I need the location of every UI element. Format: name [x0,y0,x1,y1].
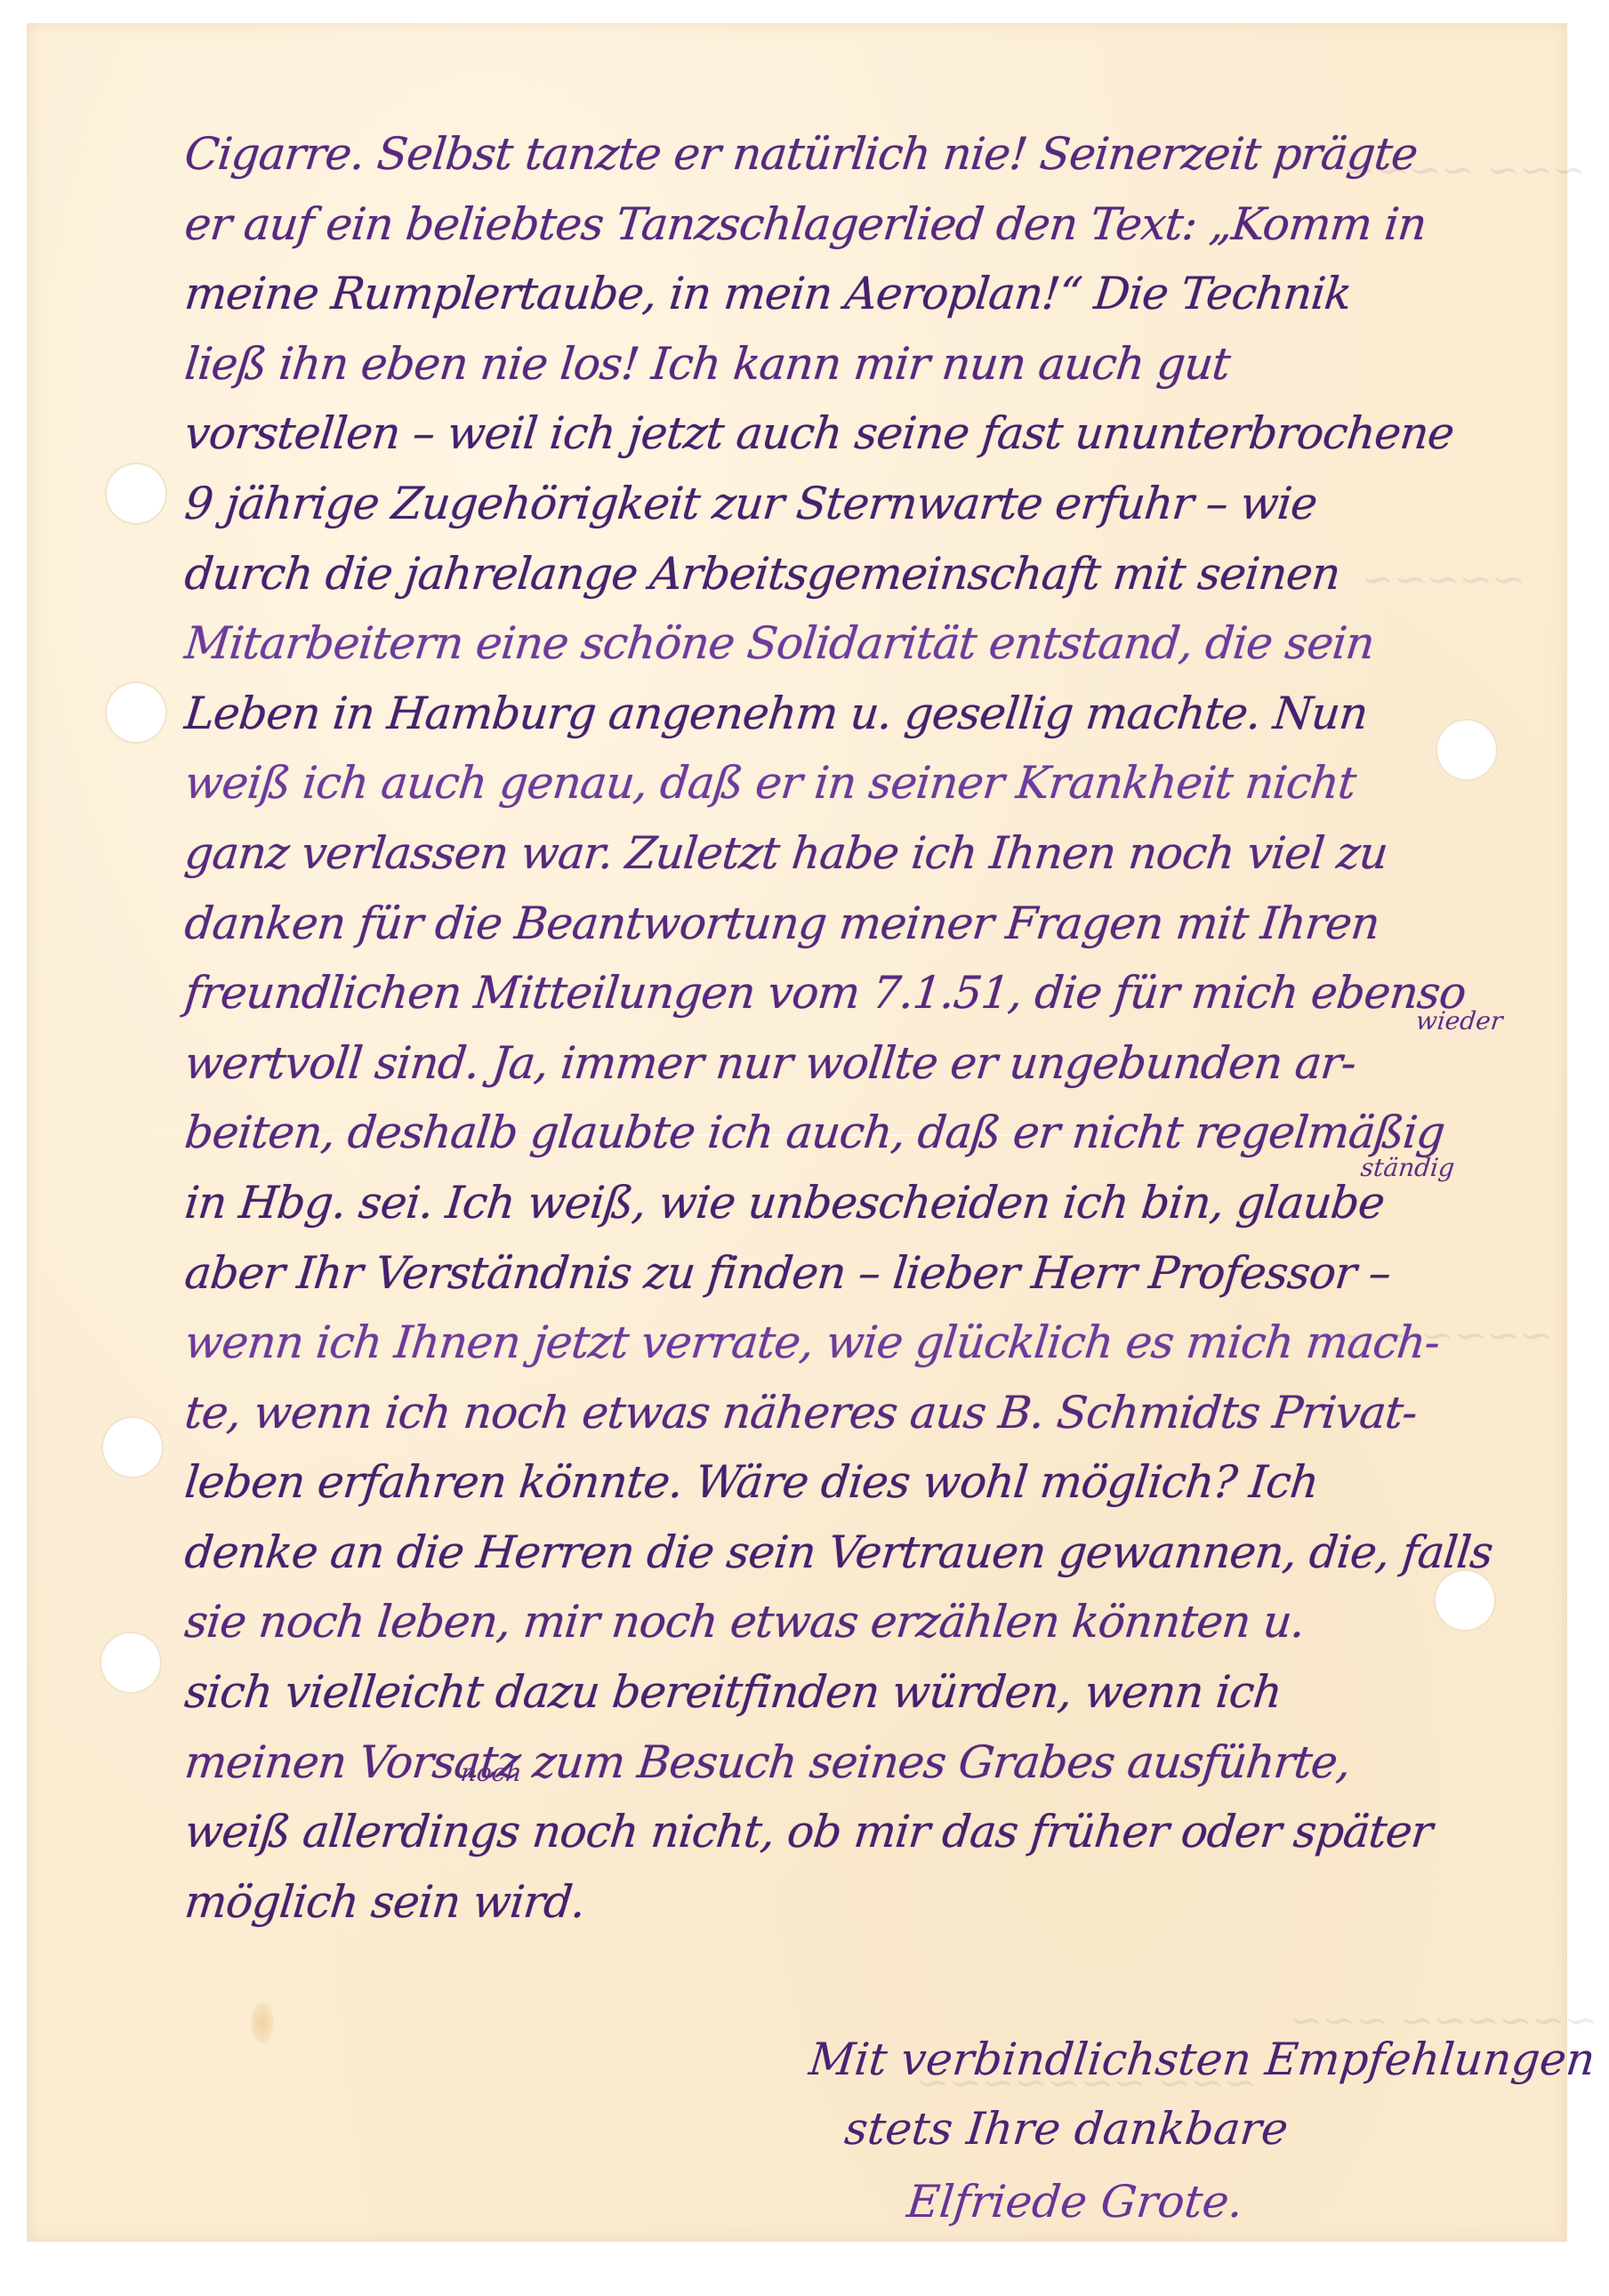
text-line: Mitarbeitern eine schöne Solidarität ent… [181,608,1576,679]
text-line: weiß ich auch genau, daß er in seiner Kr… [181,748,1576,818]
text-line: sich vielleicht dazu bereitfinden würden… [181,1657,1576,1728]
text-line: er auf ein beliebtes Tanzschlagerlied de… [181,189,1576,260]
text-line: aber Ihr Verständnis zu finden – lieber … [181,1238,1576,1309]
text-line: ließ ihn eben nie los! Ich kann mir nun … [181,329,1576,399]
text-line: leben erfahren könnte. Wäre dies wohl mö… [181,1447,1576,1518]
closing-salutation: Mit verbindlichsten Empfehlungen [807,2034,1597,2085]
text-line: 9 jährige Zugehörigkeit zur Sternwarte e… [181,469,1576,539]
text-line: wenn ich Ihnen jetzt verrate, wie glückl… [181,1308,1576,1378]
text-line: denke an die Herren die sein Vertrauen g… [181,1518,1576,1588]
text-line: danken für die Beantwortung meiner Frage… [181,889,1576,959]
text-line: Cigarre. Selbst tanzte er natürlich nie!… [181,119,1576,189]
text-line: sie noch leben, mir noch etwas erzählen … [181,1587,1576,1657]
letter-page: ~~~ ~~~~ ~~~~~ ~~~~ ~~ ~~~~~~ ~~~ ~~~ ~~… [27,23,1567,2242]
text-line: vorstellen – weil ich jetzt auch seine f… [181,399,1576,469]
text-line: möglich sein wird. [181,1867,1576,1938]
text-line: meinen Vorsatz zum Besuch seines Grabes … [181,1728,1576,1798]
punch-hole [101,1633,160,1692]
inserted-word: noch [459,1758,523,1787]
text-line: durch die jahrelange Arbeitsgemeinschaft… [181,539,1576,609]
text-line: freundlichen Mitteilungen vom 7.1.51, di… [181,958,1576,1028]
punch-hole [103,1418,162,1477]
text-line: te, wenn ich noch etwas näheres aus B. S… [181,1378,1576,1448]
letter-body: Cigarre. Selbst tanzte er natürlich nie!… [185,119,1573,1937]
punch-hole [107,464,165,523]
signature: Elfriede Grote. [905,2176,1246,2228]
inserted-word: ständig [1359,1153,1456,1182]
paper-stain [251,2002,274,2043]
text-line: Leben in Hamburg angenehm u. gesellig ma… [181,679,1576,749]
text-line: ganz verlassen war. Zuletzt habe ich Ihn… [181,818,1576,889]
closing-line: stets Ihre dankbare [842,2103,1291,2155]
inserted-word: wieder [1414,1006,1504,1035]
text-line: wertvoll sind. Ja, immer nur wollte er u… [181,1028,1576,1099]
text-line: meine Rumplertaube, in mein Aeroplan!“ D… [181,259,1576,329]
punch-hole [107,683,165,742]
text-line: weiß allerdings noch nicht, ob mir das f… [181,1797,1576,1867]
